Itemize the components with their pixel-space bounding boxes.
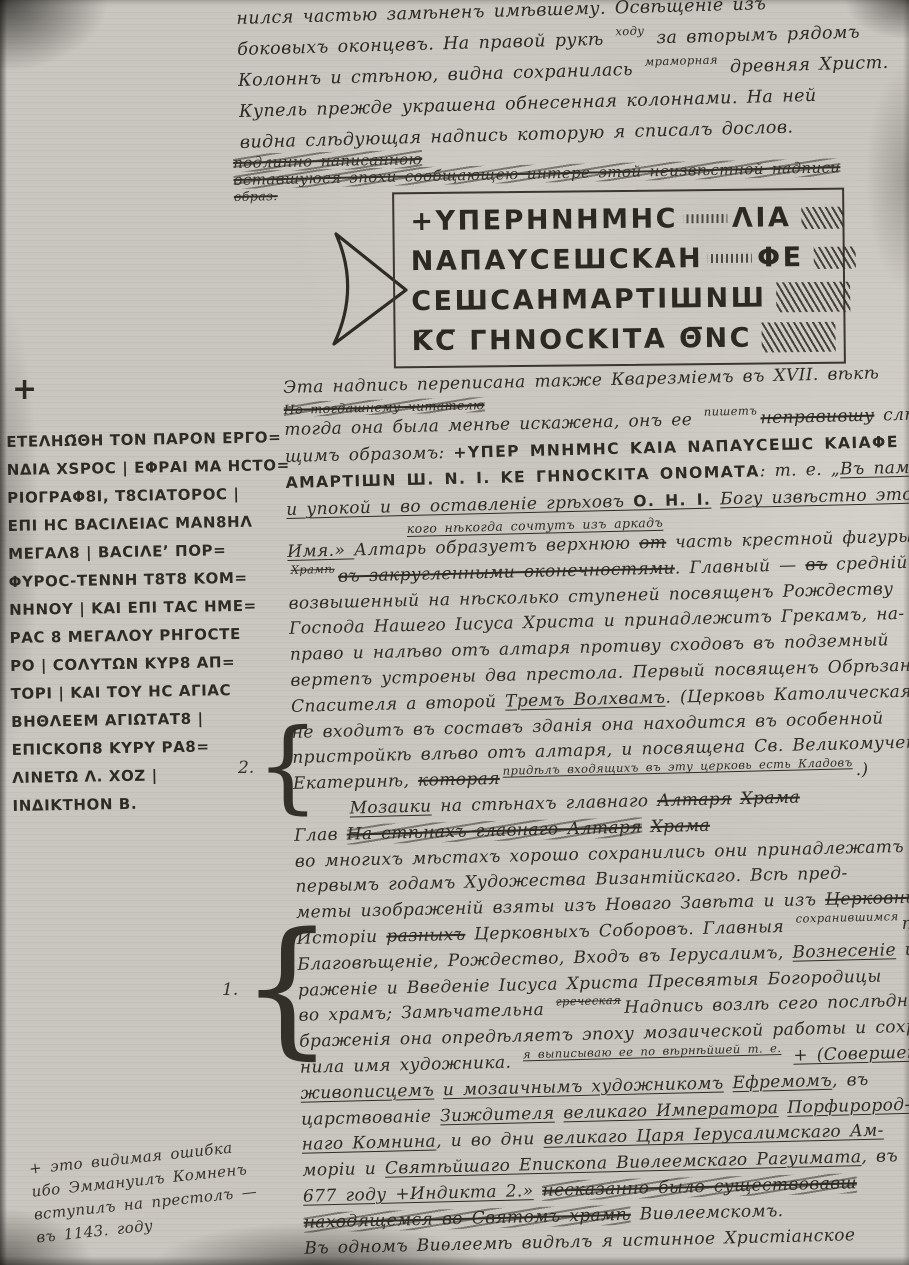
sup-segment: ходу <box>615 26 644 37</box>
greek-margin-line: ΝΔΙΑ ΧSΡΟϹ | ΕΦΡΑΙ ΜΑ ΗϹΤΟ= <box>6 451 284 484</box>
strike-segment: Алтаря <box>657 789 732 811</box>
text-segment: ΡΙΟΓΡΑΦ8Ι, Τ8ϹΙΑΤΟΡΟϹ | <box>7 485 240 507</box>
under-segment: Комнина <box>352 1132 436 1154</box>
text-segment: . Главный — <box>675 555 806 578</box>
under-segment: Порфирород- <box>787 1094 909 1117</box>
text-segment: слѣдую- <box>874 403 909 425</box>
under-segment: Имя.» <box>287 540 354 562</box>
under-segment: великаго Императора <box>563 1098 779 1123</box>
hatchsm-segment <box>801 207 843 229</box>
text-segment: ΛΙΝΕΤΩ Λ. ΧΟΖ | <box>12 766 158 787</box>
text-segment: моріи и <box>302 1159 385 1181</box>
inscription-line: +ΥΠΕΡΗΝΗΜΗϹΛΙΑ <box>410 198 842 243</box>
supstrike-segment: Храмѣ <box>291 564 335 575</box>
under-segment: +Индикта 2.» <box>395 1181 534 1204</box>
text-segment: ΤΟΡΙ | ΚΑΙ ΤΟΥ ΗϹ ΑΓΙΑϹ <box>10 681 231 703</box>
scrib-segment <box>683 214 727 223</box>
text-segment: во храмъ; Замѣчательна <box>298 1000 553 1026</box>
margin-cross-mark: + <box>12 372 37 407</box>
text-segment: на стѣнахъ главнаго <box>431 791 657 817</box>
under-segment: и мозаичнымъ художникомъ <box>443 1073 724 1100</box>
text-segment: ΕΠΙ ΗϹ ΒΑϹΙΛΕΙΑϹ ΜΑΝ8ΗΛ <box>8 513 253 535</box>
text-segment: .) <box>855 760 868 780</box>
strike-segment: Церковныхъ <box>825 887 909 910</box>
margin-number-1: 1. <box>222 980 238 1000</box>
capsu-segment: О. Н. І. <box>633 490 712 511</box>
under-segment: + (Совершенъ сей трудъ <box>793 1040 909 1066</box>
main-text-block: Эта надпись переписана также Кварезміемъ… <box>283 360 909 1262</box>
under-segment: живописцемъ <box>300 1080 434 1103</box>
under-segment: Мозаики <box>349 796 431 818</box>
text-segment: нила имя художника. <box>300 1052 521 1077</box>
under-segment: 677 году <box>303 1184 396 1206</box>
text-segment: , и во дни <box>436 1129 544 1152</box>
text-segment: Κ̅Ϲ̅ ΓΗΝΟϹΚΙΤΑ Θ̅ΝϹ <box>411 323 752 358</box>
text-segment: ΦΕ <box>757 242 804 273</box>
under-segment: Ефремомъ <box>732 1071 832 1093</box>
text-segment: Екатеринѣ, <box>293 771 419 794</box>
text-segment: древняя Христ. <box>721 53 889 78</box>
strike-segment: въ <box>805 555 828 576</box>
strike2-segment: На стѣнахъ главнаго Алтаря <box>346 817 642 844</box>
text-segment: боковыхъ оконцевъ. На правой рукѣ <box>237 30 613 60</box>
strike-segment: от <box>639 533 667 554</box>
greek-margin-line: ΙΝΔΙΚΤΗΟΝ Β. <box>12 787 290 820</box>
hatch-segment <box>762 322 836 353</box>
strike-segment: которая <box>418 769 500 791</box>
under-segment: Богу извѣстно это <box>720 485 909 510</box>
text-segment: щимъ образомъ: <box>285 442 454 466</box>
text-segment: представляютъ <box>901 910 909 934</box>
supstrike-segment: греческая <box>556 995 622 1007</box>
text-segment: ΝΗΝΟΥ | ΚΑΙ ΕΠΙ ΤΑϹ ΗΜΕ= <box>9 597 257 619</box>
text-segment: средній Алтарь <box>827 551 909 575</box>
text-segment: Церковныхъ Соборовъ. Главныя <box>465 917 793 945</box>
text-segment: Виѳлеемскомъ. <box>631 1201 784 1225</box>
under-segment: наго <box>302 1134 353 1155</box>
text-segment: ΕΠΙϹΚΟΠ8 ΚΥΡΥ ΡΑ8= <box>11 737 209 758</box>
manuscript-page: нился частью замѣненъ имѣвшему. Освѣщені… <box>0 0 909 1265</box>
text-segment: ΕΤΕΛΗΩ̃ΘΗ ΤΟΝ ΠΑΡΟΝ ΕΡΓΟ= <box>6 428 281 451</box>
strike-segment: неправившу <box>760 405 874 428</box>
text-segment: ΡΑϹ 8 ΜΕΓΑΛΟΥ ΡΗΓΟϹΤΕ <box>10 625 242 647</box>
text-segment: ΒΗΘΛΕΕΜ ΑΓΙΩΤΑΤ8 | <box>11 710 204 731</box>
hatchsm-segment <box>813 247 855 269</box>
under-segment: Зиждителя <box>440 1103 555 1126</box>
inscription-box: +ΥΠΕΡΗΝΗΜΗϹΛΙΑΝΑΠΑΥϹΕШϹΚΑΗΦΕϹΕШϹΑΗΜΑΡΤΙШ… <box>392 188 846 369</box>
strike2-segment: находящемся во Святомъ храмѣ <box>303 1204 631 1232</box>
inscription-line: Κ̅Ϲ̅ ΓΗΝΟϹΚΙΤΑ Θ̅ΝϹ <box>411 318 843 363</box>
hatch-segment <box>776 282 850 313</box>
strike-segment: образ. <box>234 188 278 204</box>
text-segment: ΦΥΡΟϹ-ΤΕΝΝΗ Τ8Τ8 ΚΟΜ= <box>9 569 248 591</box>
text-segment: Глав <box>294 824 347 845</box>
text-segment: Алтарь образуетъ верхнюю <box>354 533 640 560</box>
text-segment: ϹΕШϹΑΗΜΑΡΤΙШΝШ <box>411 282 767 317</box>
sup-segment: сохранившимся <box>796 911 899 924</box>
scrib-segment <box>708 254 752 263</box>
text-segment: ΡΟ | ϹΟΛΥΤΩΝ ΚΥΡ8 ΑΠ= <box>10 653 235 675</box>
footnote-block: + это видимая ошибкаибо Эммануилъ Комнен… <box>28 1133 276 1250</box>
text-segment: и Преоб- <box>896 938 909 960</box>
under-segment: Въ память <box>840 457 909 480</box>
text-segment: ΛΙΑ <box>732 202 792 234</box>
supu-segment: я выписываю ее по вѣрнѣйшей т. е. <box>523 1043 782 1059</box>
text-segment: за вторымъ рядомъ <box>647 23 860 49</box>
strike-segment: разныхъ <box>386 925 466 947</box>
strike-segment: Храма <box>740 787 800 808</box>
text-segment: царствованіе <box>301 1106 440 1129</box>
sup-segment: пишетъ <box>704 405 758 416</box>
strike-segment: Храма <box>650 815 710 836</box>
text-segment: часть крестной фигуры <box>666 527 909 553</box>
under-segment: Тремъ Волхвамъ <box>505 688 666 712</box>
under-segment: Вознесеніе <box>792 940 896 963</box>
strike-segment: въ закругленными оконечностями <box>338 558 675 586</box>
sup-segment: мраморная <box>645 55 718 67</box>
text-segment: ΝΔΙΑ ΧSΡΟϹ | ΕΦΡΑΙ ΜΑ ΗϹΤΟ= <box>7 456 290 479</box>
strike2-segment: несказанно было существовавш <box>542 1173 857 1201</box>
top-paragraph: нился частью замѣненъ имѣвшему. Освѣщені… <box>236 0 909 159</box>
greek-margin-line: ΝΗΝΟΥ | ΚΑΙ ΕΠΙ ΤΑϹ ΗΜΕ= <box>9 591 287 624</box>
inscription-line: ΝΑΠΑΥϹΕШϹΚΑΗΦΕ <box>411 238 843 283</box>
text-segment: Исторіи <box>297 927 387 949</box>
text-segment: . (Церковь Католическая <box>665 682 909 708</box>
text-segment: , въ <box>861 1146 898 1167</box>
inscription-line: ϹΕШϹΑΗΜΑΡΤΙШΝШ <box>411 278 843 323</box>
text-segment: Колоннъ и стѣною, видна сохранилась <box>238 60 642 91</box>
margin-number-2: 2. <box>238 758 254 778</box>
text-segment: ΝΑΠΑΥϹΕШϹΚΑΗ <box>411 243 704 277</box>
text-segment: ΜΕΓΑΛ8 | ΒΑϹΙΛΕ’ ΠΟΡ= <box>8 541 226 563</box>
text-segment: Спасителя а второй <box>291 691 506 716</box>
text-segment: ΙΝΔΙΚΤΗΟΝ Β. <box>12 795 137 815</box>
text-segment: : т. е. „ <box>759 460 840 482</box>
greek-margin-line: ΕΠΙ ΗϹ ΒΑϹΙΛΕΙΑϹ ΜΑΝ8ΗΛ <box>7 507 285 540</box>
text-segment: , въ <box>832 1070 869 1091</box>
text-segment: +ΥΠΕΡΗΝΗΜΗϹ <box>410 203 678 237</box>
